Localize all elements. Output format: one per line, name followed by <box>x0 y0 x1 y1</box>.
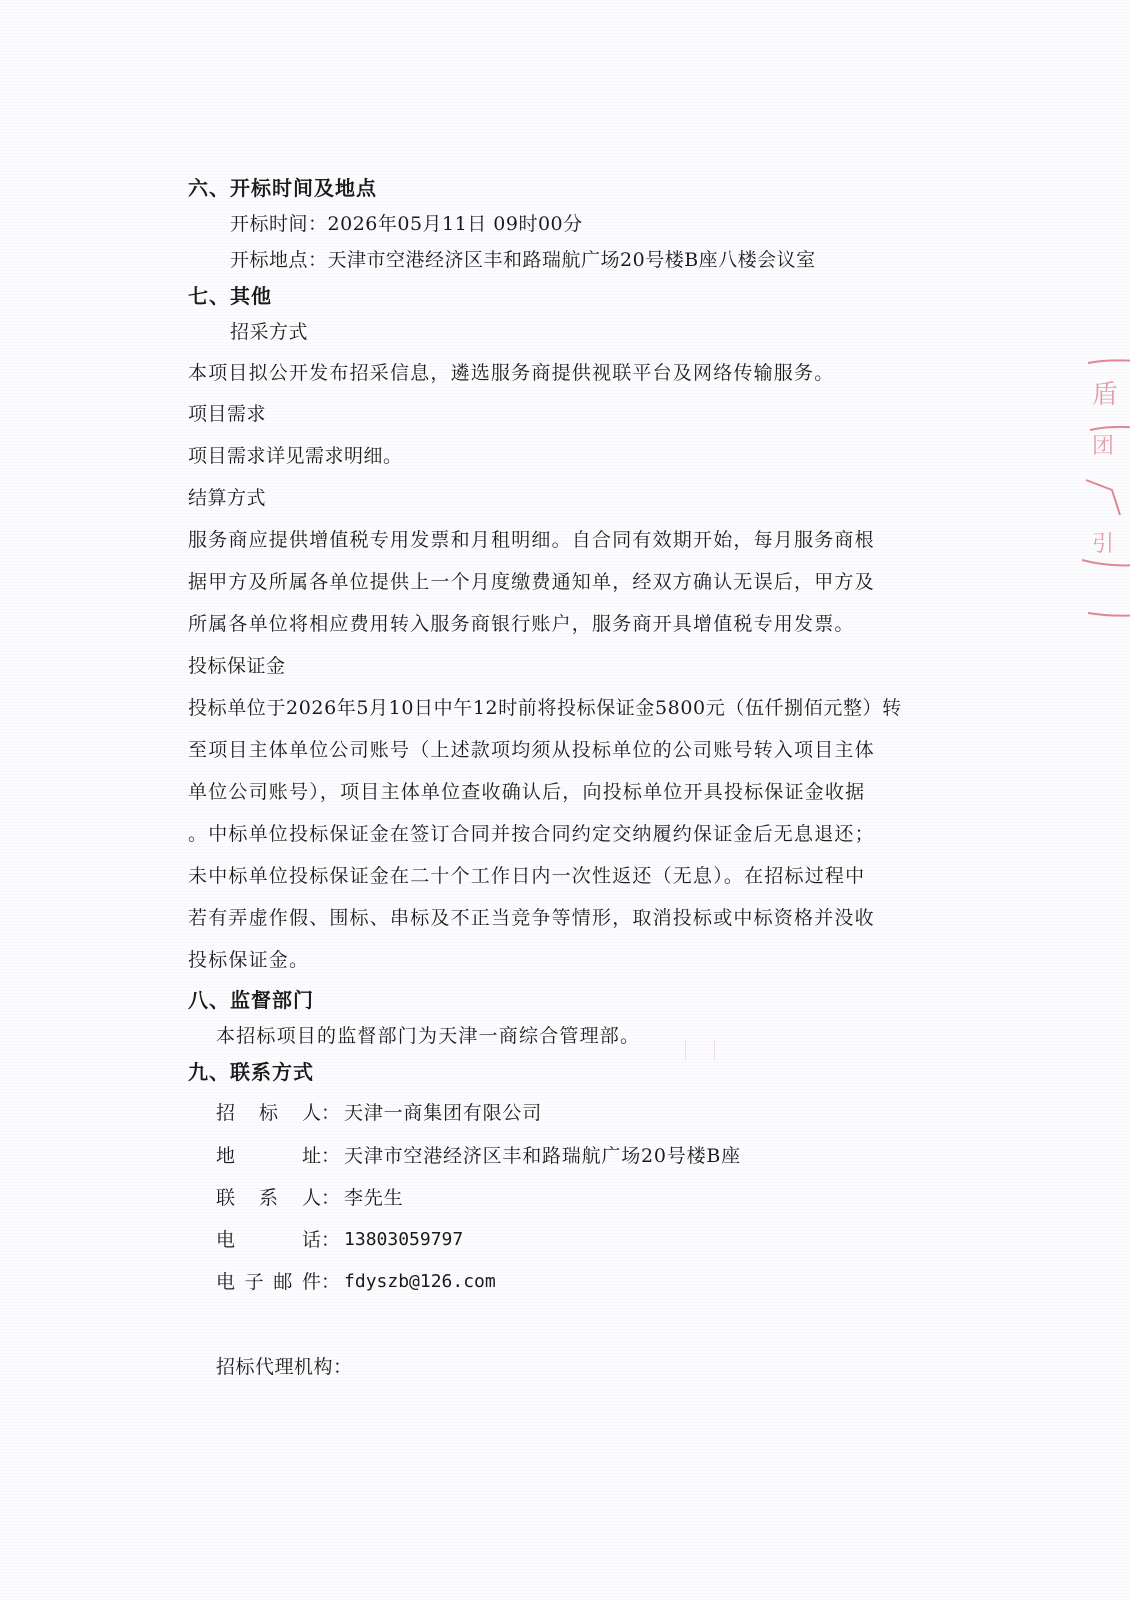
contact-label: 地址 <box>216 1144 321 1168</box>
deposit-line: 。中标单位投标保证金在签订合同并按合同约定交纳履约保证金后无息退还； <box>188 822 875 846</box>
deposit-line: 单位公司账号），项目主体单位查收确认后，向投标单位开具投标保证金收据 <box>188 780 865 804</box>
contact-row-email: 电子邮件：fdyszb@126.com <box>216 1270 496 1294</box>
opening-time-label: 开标时间： <box>230 213 328 235</box>
contact-phone-value: 13803059797 <box>344 1228 463 1252</box>
settlement-title: 结算方式 <box>188 486 266 510</box>
procurement-method-text: 本项目拟公开发布招采信息，遴选服务商提供视联平台及网络传输服务。 <box>188 361 834 385</box>
section-heading-contact: 九、联系方式 <box>188 1060 314 1084</box>
opening-place-line: 开标地点：天津市空港经济区丰和路瑞航广场20号楼B座八楼会议室 <box>230 248 816 272</box>
deposit-line: 投标保证金。 <box>188 948 309 972</box>
opening-time-line: 开标时间：2026年05月11日 09时00分 <box>230 212 583 236</box>
official-seal-fragment-icon: 盾 团 引 <box>1068 355 1130 620</box>
requirements-title: 项目需求 <box>188 402 266 426</box>
deposit-line: 若有弄虚作假、围标、串标及不正当竞争等情形，取消投标或中标资格并没收 <box>188 906 875 930</box>
settlement-line: 服务商应提供增值税专用发票和月租明细。自合同有效期开始，每月服务商根 <box>188 528 875 552</box>
deposit-line: 未中标单位投标保证金在二十个工作日内一次性返还（无息）。在招标过程中 <box>188 864 865 888</box>
contact-label: 联系人 <box>216 1186 321 1210</box>
contact-colon: ： <box>321 1228 340 1252</box>
opening-place-value: 天津市空港经济区丰和路瑞航广场20号楼B座八楼会议室 <box>328 249 816 271</box>
settlement-line: 据甲方及所属各单位提供上一个月度缴费通知单，经双方确认无误后，甲方及 <box>188 570 875 594</box>
section-heading-supervision: 八、监督部门 <box>188 988 314 1012</box>
contact-value: 天津市空港经济区丰和路瑞航广场20号楼B座 <box>344 1144 741 1168</box>
contact-colon: ： <box>321 1186 340 1210</box>
contact-row-tenderer: 招标人：天津一商集团有限公司 <box>216 1101 542 1125</box>
contact-row-address: 地址：天津市空港经济区丰和路瑞航广场20号楼B座 <box>216 1144 741 1168</box>
svg-text:引: 引 <box>1092 532 1114 557</box>
procurement-method-title: 招采方式 <box>230 320 308 344</box>
svg-text:团: 团 <box>1092 434 1114 459</box>
deposit-title: 投标保证金 <box>188 654 286 678</box>
document-page: 六、开标时间及地点 开标时间：2026年05月11日 09时00分 开标地点：天… <box>0 0 1130 1600</box>
section-heading-other: 七、其他 <box>188 284 272 308</box>
contact-row-person: 联系人：李先生 <box>216 1186 403 1210</box>
deposit-line: 投标单位于2026年5月10日中午12时前将投标保证金5800元（伍仟捌佰元整）… <box>188 696 902 720</box>
opening-time-value: 2026年05月11日 09时00分 <box>328 213 583 235</box>
contact-colon: ： <box>321 1101 340 1125</box>
supervision-text: 本招标项目的监督部门为天津一商综合管理部。 <box>216 1024 640 1048</box>
section-heading-opening: 六、开标时间及地点 <box>188 176 377 200</box>
contact-colon: ： <box>321 1270 340 1294</box>
contact-value: 李先生 <box>344 1186 403 1210</box>
agency-label: 招标代理机构： <box>216 1355 353 1379</box>
contact-label: 电话 <box>216 1228 321 1252</box>
opening-place-label: 开标地点： <box>230 249 328 271</box>
contact-label: 电子邮件 <box>216 1270 321 1294</box>
requirements-text: 项目需求详见需求明细。 <box>188 444 403 468</box>
svg-text:盾: 盾 <box>1092 380 1118 410</box>
contact-colon: ： <box>321 1144 340 1168</box>
contact-row-phone: 电话：13803059797 <box>216 1228 463 1252</box>
contact-email-value: fdyszb@126.com <box>344 1270 496 1294</box>
faint-stamp-trace <box>685 1040 715 1060</box>
contact-label: 招标人 <box>216 1101 321 1125</box>
deposit-line: 至项目主体单位公司账号（上述款项均须从投标单位的公司账号转入项目主体 <box>188 738 875 762</box>
settlement-line: 所属各单位将相应费用转入服务商银行账户，服务商开具增值税专用发票。 <box>188 612 855 636</box>
contact-value: 天津一商集团有限公司 <box>344 1101 542 1125</box>
